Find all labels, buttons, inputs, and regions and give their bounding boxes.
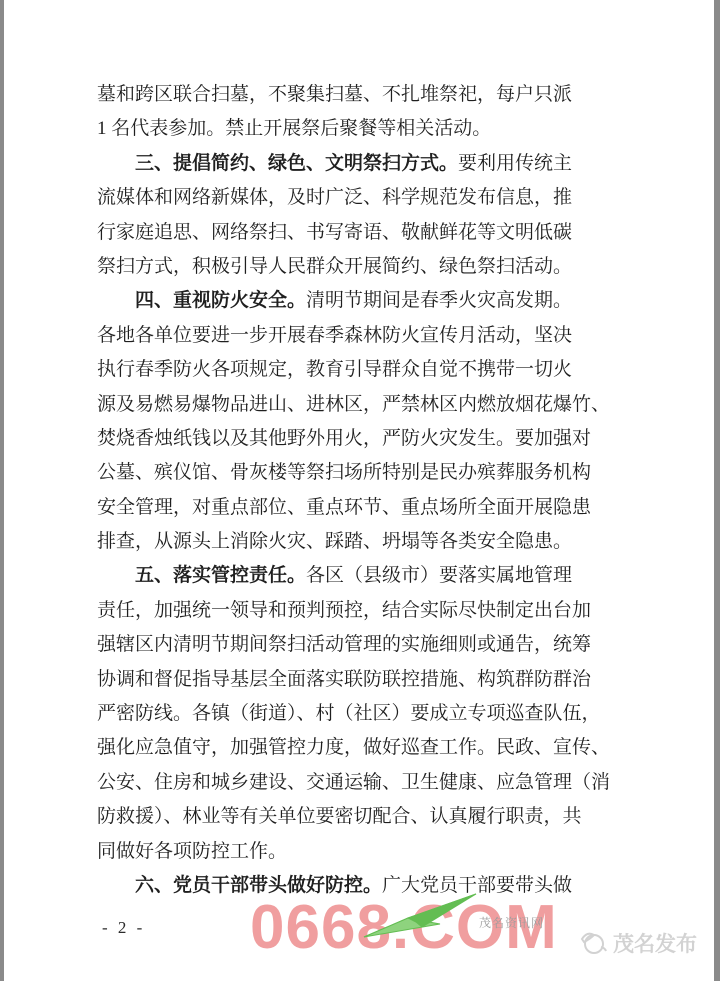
document-line: 公墓、殡仪馆、骨灰楼等祭扫场所特别是民办殡葬服务机构 (97, 456, 625, 490)
watermark-maoming-fabu-label: 茂名发布 (613, 928, 697, 958)
document-line-text: 源及易燃易爆物品进山、进林区，严禁林区内燃放烟花爆竹、 (97, 394, 610, 415)
document-line-text: 公安、住房和城乡建设、交通运输、卫生健康、应急管理（消 (97, 772, 610, 793)
document-line-text: 责任，加强统一领导和预判预控，结合实际尽快制定出台加 (97, 600, 591, 621)
document-line-text: 祭扫方式，积极引导人民群众开展简约、绿色祭扫活动。 (97, 256, 572, 277)
document-line: 三、提倡简约、绿色、文明祭扫方式。要利用传统主 (97, 147, 625, 181)
document-line-heading: 五、落实管控责任。 (97, 565, 306, 586)
page-number: - 2 - (102, 918, 145, 938)
document-line-text: 安全管理，对重点部位、重点环节、重点场所全面开展隐患 (97, 497, 591, 518)
document-line: 墓和跨区联合扫墓，不聚集扫墓、不扎堆祭祀，每户只派 (97, 78, 625, 112)
document-line: 流媒体和网络新媒体，及时广泛、科学规范发布信息，推 (97, 181, 625, 215)
document-line: 安全管理，对重点部位、重点环节、重点场所全面开展隐患 (97, 491, 625, 525)
document-line-text: 公墓、殡仪馆、骨灰楼等祭扫场所特别是民办殡葬服务机构 (97, 462, 591, 483)
document-line: 行家庭追思、网络祭扫、书写寄语、敬献鲜花等文明低碳 (97, 216, 625, 250)
watermark-site-label: 茂名资讯网 (479, 914, 544, 931)
document-line: 防救援）、林业等有关单位要密切配合、认真履行职责，共 (97, 800, 625, 834)
document-line-text: 同做好各项防控工作。 (97, 841, 287, 862)
scan-edge-right (714, 0, 720, 981)
document-line-text: 防救援）、林业等有关单位要密切配合、认真履行职责，共 (97, 806, 582, 827)
document-line: 协调和督促指导基层全面落实联防联控措施、构筑群防群治 (97, 663, 625, 697)
document-line-text: 强化应急值守，加强管控力度，做好巡查工作。民政、宣传、 (97, 737, 610, 758)
document-line-text: 各区（县级市）要落实属地管理 (306, 565, 572, 586)
document-line: 各地各单位要进一步开展春季森林防火宣传月活动，坚决 (97, 319, 625, 353)
document-line: 同做好各项防控工作。 (97, 835, 625, 869)
document-line: 严密防线。各镇（街道）、村（社区）要成立专项巡查队伍， (97, 697, 625, 731)
maoming-fabu-logo-icon (578, 929, 608, 957)
document-line-heading: 四、重视防火安全。 (97, 290, 306, 311)
document-line-text: 协调和督促指导基层全面落实联防联控措施、构筑群防群治 (97, 669, 591, 690)
document-line-text: 流媒体和网络新媒体，及时广泛、科学规范发布信息，推 (97, 187, 572, 208)
document-line: 强化应急值守，加强管控力度，做好巡查工作。民政、宣传、 (97, 731, 625, 765)
document-line-text: 1 名代表参加。禁止开展祭后聚餐等相关活动。 (97, 118, 491, 139)
document-line-heading: 三、提倡简约、绿色、文明祭扫方式。 (97, 153, 458, 174)
document-line: 祭扫方式，积极引导人民群众开展简约、绿色祭扫活动。 (97, 250, 625, 284)
document-line: 公安、住房和城乡建设、交通运输、卫生健康、应急管理（消 (97, 766, 625, 800)
document-line-text: 强辖区内清明节期间祭扫活动管理的实施细则或通告，统筹 (97, 634, 591, 655)
document-line-text: 清明节期间是春季火灾高发期。 (306, 290, 572, 311)
document-line-text: 排查，从源头上消除火灾、踩踏、坍塌等各类安全隐患。 (97, 531, 572, 552)
document-line: 1 名代表参加。禁止开展祭后聚餐等相关活动。 (97, 112, 625, 146)
document-line-text: 严密防线。各镇（街道）、村（社区）要成立专项巡查队伍， (97, 703, 601, 724)
document-line-text: 要利用传统主 (458, 153, 572, 174)
document-line-text: 各地各单位要进一步开展春季森林防火宣传月活动，坚决 (97, 325, 572, 346)
watermark-maoming-fabu: 茂名发布 (578, 928, 697, 958)
document-line: 执行春季防火各项规定，教育引导群众自觉不携带一切火 (97, 353, 625, 387)
document-line-text: 墓和跨区联合扫墓，不聚集扫墓、不扎堆祭祀，每户只派 (97, 84, 572, 105)
document-line-text: 行家庭追思、网络祭扫、书写寄语、敬献鲜花等文明低碳 (97, 222, 572, 243)
document-line-text: 执行春季防火各项规定，教育引导群众自觉不携带一切火 (97, 359, 572, 380)
document-line: 焚烧香烛纸钱以及其他野外用火，严防火灾发生。要加强对 (97, 422, 625, 456)
document-line-text: 焚烧香烛纸钱以及其他野外用火，严防火灾发生。要加强对 (97, 428, 591, 449)
document-line: 排查，从源头上消除火灾、踩踏、坍塌等各类安全隐患。 (97, 525, 625, 559)
document-text: 墓和跨区联合扫墓，不聚集扫墓、不扎堆祭祀，每户只派1 名代表参加。禁止开展祭后聚… (97, 78, 625, 903)
document-line: 源及易燃易爆物品进山、进林区，严禁林区内燃放烟花爆竹、 (97, 388, 625, 422)
document-line: 四、重视防火安全。清明节期间是春季火灾高发期。 (97, 284, 625, 318)
paper-plane-icon (356, 891, 482, 941)
document-line: 责任，加强统一领导和预判预控，结合实际尽快制定出台加 (97, 594, 625, 628)
document-line: 强辖区内清明节期间祭扫活动管理的实施细则或通告，统筹 (97, 628, 625, 662)
document-line: 五、落实管控责任。各区（县级市）要落实属地管理 (97, 559, 625, 593)
scan-edge-left (0, 0, 4, 981)
